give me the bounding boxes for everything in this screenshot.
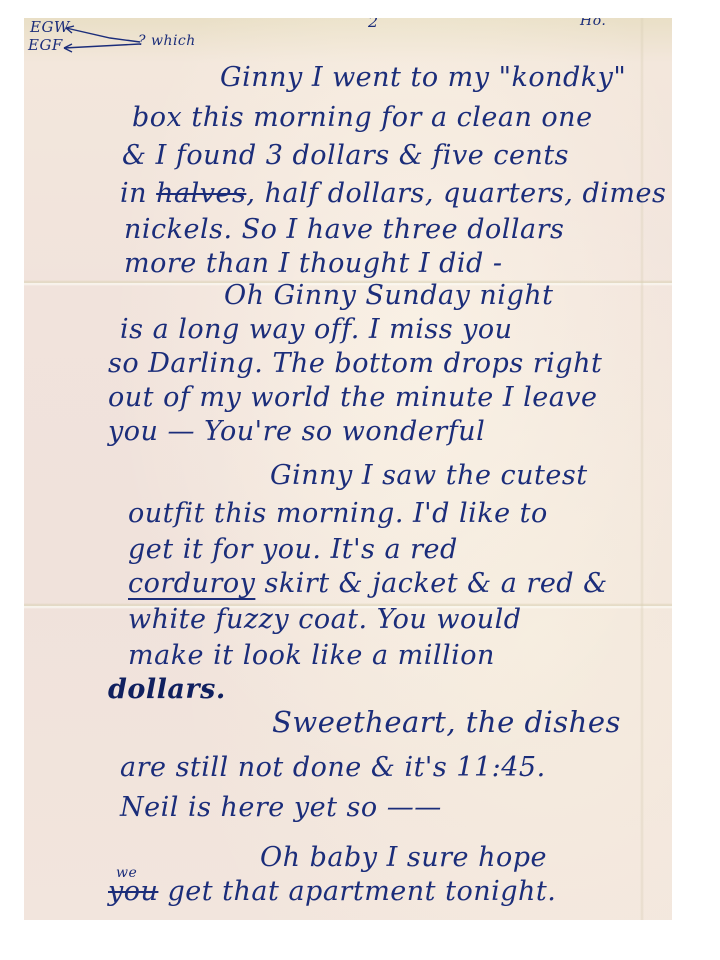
letter-line-5: nickels. So I have three dollars bbox=[124, 216, 564, 243]
letter-line-21: Neil is here yet so —— bbox=[120, 794, 442, 821]
underlined-word: corduroy bbox=[128, 568, 255, 599]
annotation-arrows-icon bbox=[60, 24, 150, 54]
letter-line-12: Ginny I saw the cutest bbox=[270, 462, 588, 489]
letter-line-11: you — You're so wonderful bbox=[108, 418, 485, 445]
letter-line-9: so Darling. The bottom drops right bbox=[108, 350, 602, 377]
letter-line-17: make it look like a million bbox=[128, 642, 495, 669]
struck-word: halves bbox=[156, 178, 246, 209]
page-number: 2 bbox=[368, 18, 379, 30]
letter-line-18: dollars. bbox=[108, 676, 226, 703]
letter-line-4: in halves, half dollars, quarters, dimes… bbox=[120, 180, 672, 207]
letter-line-19: Sweetheart, the dishes bbox=[272, 708, 621, 737]
letter-line-13: outfit this morning. I'd like to bbox=[128, 500, 548, 527]
letter-line-14: get it for you. It's a red bbox=[128, 536, 458, 563]
letter-page: EGW EGF ? which 2 Ho. Ginny I went to my… bbox=[24, 18, 672, 920]
letter-line-3: & I found 3 dollars & five cents bbox=[122, 142, 569, 169]
letter-line-6: more than I thought I did - bbox=[124, 250, 503, 277]
letter-line-20: are still not done & it's 11:45. bbox=[120, 754, 546, 781]
letter-line-23: we you get that apartment tonight. bbox=[108, 878, 556, 905]
letter-line-22: Oh baby I sure hope bbox=[260, 844, 547, 871]
inserted-word: we bbox=[116, 866, 137, 880]
letter-line-15: corduroy skirt & jacket & a red & bbox=[128, 570, 608, 597]
letter-line-7: Oh Ginny Sunday night bbox=[224, 282, 553, 309]
margin-initials-2: EGF bbox=[28, 38, 63, 53]
letter-line-16: white fuzzy coat. You would bbox=[128, 606, 522, 633]
top-right-mark: Ho. bbox=[580, 18, 606, 28]
letter-line-2: box this morning for a clean one bbox=[132, 104, 593, 131]
fold-crease-vertical bbox=[640, 18, 644, 920]
letter-line-8: is a long way off. I miss you bbox=[120, 316, 513, 343]
scan-canvas: EGW EGF ? which 2 Ho. Ginny I went to my… bbox=[0, 0, 720, 960]
margin-question: ? which bbox=[138, 34, 196, 48]
letter-line-10: out of my world the minute I leave bbox=[108, 384, 598, 411]
letter-line-1: Ginny I went to my "kondky" bbox=[220, 64, 626, 91]
